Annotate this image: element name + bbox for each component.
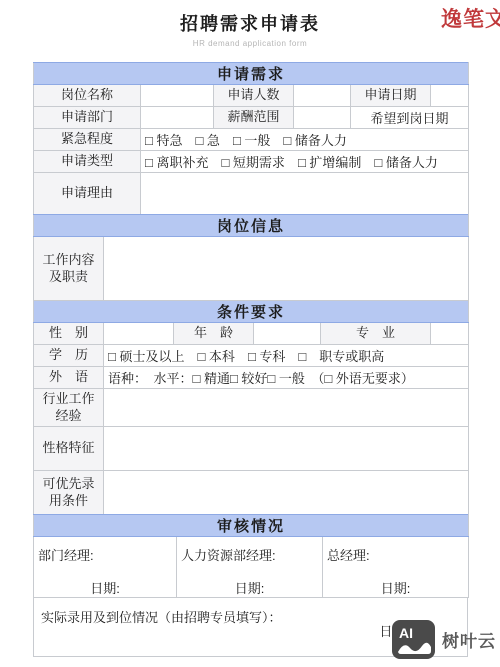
checkbox-group-education: □ 硕士及以上□ 本科□ 专科□ 职专或职高 bbox=[104, 345, 469, 367]
input-cell-apply-dept bbox=[141, 107, 214, 129]
checkbox-option: □ 离职补充 bbox=[145, 155, 208, 170]
checkbox-group-language: 语种： 水平：□ 精通□ 较好□ 一般 （□ 外语无要求） bbox=[104, 367, 469, 389]
table-row: 紧急程度 □ 特急□ 急□ 一般□ 储备人力 bbox=[34, 129, 469, 151]
date-label: 日期: bbox=[181, 578, 318, 597]
section-apply: 申请需求 岗位名称 申请人数 申请日期 申请部门 薪酬范围 希望到岗日期 紧急程… bbox=[33, 62, 469, 215]
checkbox-option: □ 职专或职高 bbox=[298, 349, 384, 364]
table-row: 部门经理: 日期: 人力资源部经理: 日期: 总经理: 日期: bbox=[34, 537, 469, 598]
review-cell-general-manager: 总经理: 日期: bbox=[323, 537, 469, 598]
input-cell-industry-exp bbox=[104, 389, 469, 427]
signer-label: 人力资源部经理: bbox=[181, 545, 318, 564]
signer-label: 总经理: bbox=[327, 545, 464, 564]
table-row: 行业工作经验 bbox=[34, 389, 469, 427]
checkbox-option: □ 专科 bbox=[248, 349, 285, 364]
input-cell-reason bbox=[141, 173, 469, 215]
checkbox-option: □ 短期需求 bbox=[221, 155, 284, 170]
date-label: 日期: bbox=[327, 578, 464, 597]
field-label-apply-count: 申请人数 bbox=[214, 85, 294, 107]
actual-hiring-label: 实际录用及到位情况（由招聘专员填写）： bbox=[41, 610, 282, 625]
field-label-post-name: 岗位名称 bbox=[34, 85, 141, 107]
input-cell-apply-date bbox=[431, 85, 469, 107]
brand-watermark: AI 树叶云 bbox=[391, 619, 496, 660]
input-cell-gender bbox=[104, 323, 174, 345]
field-label-gender: 性 别 bbox=[34, 323, 104, 345]
field-label-personality: 性格特征 bbox=[34, 427, 104, 471]
checkbox-option: □ 硕士及以上 bbox=[108, 349, 184, 364]
field-label-priority: 可优先录用条件 bbox=[34, 471, 104, 515]
checkbox-option: □ 扩增编制 bbox=[298, 155, 361, 170]
form-table: 申请需求 岗位名称 申请人数 申请日期 申请部门 薪酬范围 希望到岗日期 紧急程… bbox=[33, 62, 468, 657]
field-label-salary-range: 薪酬范围 bbox=[214, 107, 294, 129]
date-label: 日期: bbox=[38, 578, 172, 597]
page-title: 招聘需求申请表 bbox=[0, 0, 500, 36]
field-label-duty: 工作内容 及职责 bbox=[34, 237, 104, 301]
input-cell-apply-count bbox=[294, 85, 351, 107]
brand-name-text: 树叶云 bbox=[442, 627, 496, 652]
table-row: 工作内容 及职责 bbox=[34, 237, 469, 301]
table-row: 学 历 □ 硕士及以上□ 本科□ 专科□ 职专或职高 bbox=[34, 345, 469, 367]
table-row: 申请理由 bbox=[34, 173, 469, 215]
ai-photo-logo-icon: AI bbox=[391, 619, 436, 660]
field-label-industry-exp: 行业工作经验 bbox=[34, 389, 104, 427]
section-title-apply: 申请需求 bbox=[34, 63, 469, 85]
input-cell-duty bbox=[104, 237, 469, 301]
signer-label: 部门经理: bbox=[38, 545, 172, 564]
checkbox-option: □ 储备人力 bbox=[283, 133, 346, 148]
table-row: 可优先录用条件 bbox=[34, 471, 469, 515]
field-label-apply-dept: 申请部门 bbox=[34, 107, 141, 129]
logo-ai-text: AI bbox=[399, 625, 413, 641]
checkbox-group-apply-type: □ 离职补充□ 短期需求□ 扩增编制□ 储备人力 bbox=[141, 151, 469, 173]
section-title-review: 审核情况 bbox=[34, 515, 469, 537]
site-watermark-text: 逸笔文 bbox=[441, 3, 500, 33]
field-label-apply-date: 申请日期 bbox=[351, 85, 431, 107]
input-cell-age bbox=[254, 323, 321, 345]
review-cell-dept-manager: 部门经理: 日期: bbox=[34, 537, 177, 598]
checkbox-group-urgency: □ 特急□ 急□ 一般□ 储备人力 bbox=[141, 129, 469, 151]
section-title-position: 岗位信息 bbox=[34, 215, 469, 237]
page-subtitle: HR demand application form bbox=[0, 39, 500, 48]
field-label-apply-type: 申请类型 bbox=[34, 151, 141, 173]
section-title-requirements: 条件要求 bbox=[34, 301, 469, 323]
field-label-age: 年 龄 bbox=[174, 323, 254, 345]
table-row: 申请类型 □ 离职补充□ 短期需求□ 扩增编制□ 储备人力 bbox=[34, 151, 469, 173]
input-cell-personality bbox=[104, 427, 469, 471]
field-label-reason: 申请理由 bbox=[34, 173, 141, 215]
field-label-language: 外 语 bbox=[34, 367, 104, 389]
checkbox-option: □ 储备人力 bbox=[374, 155, 437, 170]
checkbox-option: □ 本科 bbox=[197, 349, 234, 364]
input-cell-priority bbox=[104, 471, 469, 515]
section-review: 审核情况 部门经理: 日期: 人力资源部经理: 日期: 总经理: 日期: bbox=[33, 514, 469, 598]
table-row: 性 别 年 龄 专 业 bbox=[34, 323, 469, 345]
field-label-major: 专 业 bbox=[321, 323, 431, 345]
input-cell-major bbox=[431, 323, 469, 345]
input-cell-salary-range bbox=[294, 107, 351, 129]
review-cell-hr-manager: 人力资源部经理: 日期: bbox=[177, 537, 323, 598]
field-label-education: 学 历 bbox=[34, 345, 104, 367]
field-label-urgency: 紧急程度 bbox=[34, 129, 141, 151]
table-row: 申请部门 薪酬范围 希望到岗日期 bbox=[34, 107, 469, 129]
checkbox-option: □ 一般 bbox=[233, 133, 270, 148]
table-row: 外 语 语种： 水平：□ 精通□ 较好□ 一般 （□ 外语无要求） bbox=[34, 367, 469, 389]
input-cell-post-name bbox=[141, 85, 214, 107]
checkbox-option: □ 急 bbox=[195, 133, 219, 148]
checkbox-option: □ 特急 bbox=[145, 133, 182, 148]
section-position-requirements: 岗位信息 工作内容 及职责 条件要求 性 别 年 龄 专 业 学 历 □ 硕士及… bbox=[33, 214, 469, 515]
table-row: 岗位名称 申请人数 申请日期 bbox=[34, 85, 469, 107]
table-row: 性格特征 bbox=[34, 427, 469, 471]
field-label-expected-onboard: 希望到岗日期 bbox=[351, 107, 469, 129]
